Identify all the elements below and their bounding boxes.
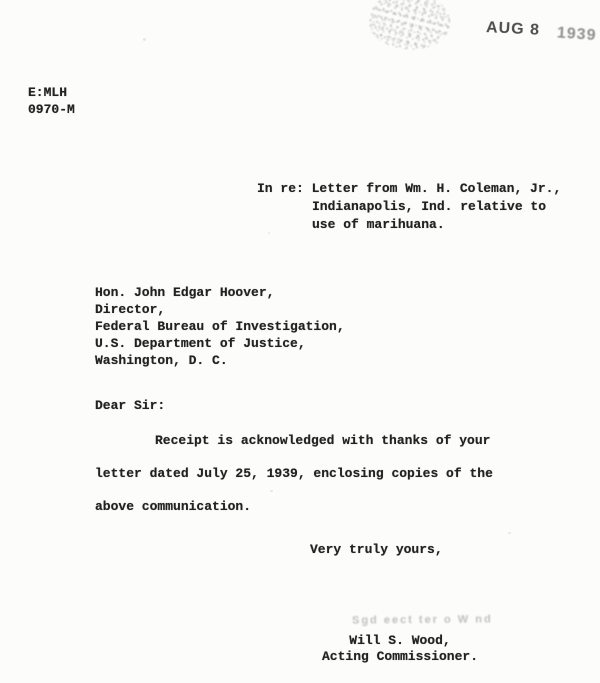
recipient-address-block: Hon. John Edgar Hoover, Director, Federa… <box>95 284 345 369</box>
subject-line-1-text: Letter from Wm. H. Coleman, Jr., <box>312 181 562 196</box>
subject-line-3: use of marihuana. <box>312 216 561 234</box>
reference-initials: E:MLH <box>28 84 75 101</box>
signer-name: Will S. Wood, <box>300 633 500 649</box>
recipient-name: Hon. John Edgar Hoover, <box>95 284 345 301</box>
recipient-agency: Federal Bureau of Investigation, <box>95 318 345 335</box>
subject-label: In re: <box>257 181 304 196</box>
date-stamp-year: 1939 <box>557 25 598 46</box>
faded-signature-stamp: Sgd eect ter o W nd <box>352 613 493 626</box>
date-stamp-month-day: AUG 8 <box>486 19 541 40</box>
body-line-1: Receipt is acknowledged with thanks of y… <box>95 424 493 457</box>
body-line-3: above communication. <box>95 490 493 523</box>
complimentary-close: Very truly yours, <box>310 541 443 558</box>
recipient-city: Washington, D. C. <box>95 352 345 369</box>
signature-block: Will S. Wood, Acting Commissioner. <box>300 633 500 665</box>
recipient-department: U.S. Department of Justice, <box>95 335 345 352</box>
scan-speck <box>270 490 273 492</box>
signer-title: Acting Commissioner. <box>300 649 500 665</box>
letter-page: AUG 8 1939 E:MLH 0970-M In re: Letter fr… <box>0 0 600 683</box>
scan-speck <box>143 38 146 41</box>
date-received-stamp: AUG 8 1939 <box>486 19 598 43</box>
body-paragraph: Receipt is acknowledged with thanks of y… <box>95 424 493 523</box>
subject-block: In re: Letter from Wm. H. Coleman, Jr., … <box>257 180 561 234</box>
recipient-title: Director, <box>95 301 345 318</box>
scan-smudge-artifact <box>364 0 456 59</box>
scan-speck <box>508 532 511 534</box>
scan-speck <box>268 232 270 234</box>
body-line-2: letter dated July 25, 1939, enclosing co… <box>95 457 493 490</box>
subject-line-2: Indianapolis, Ind. relative to <box>312 198 561 216</box>
subject-line-1: In re: Letter from Wm. H. Coleman, Jr., <box>257 180 561 198</box>
reference-file-number: 0970-M <box>28 101 75 118</box>
salutation: Dear Sir: <box>95 397 165 414</box>
reference-block: E:MLH 0970-M <box>28 84 75 118</box>
